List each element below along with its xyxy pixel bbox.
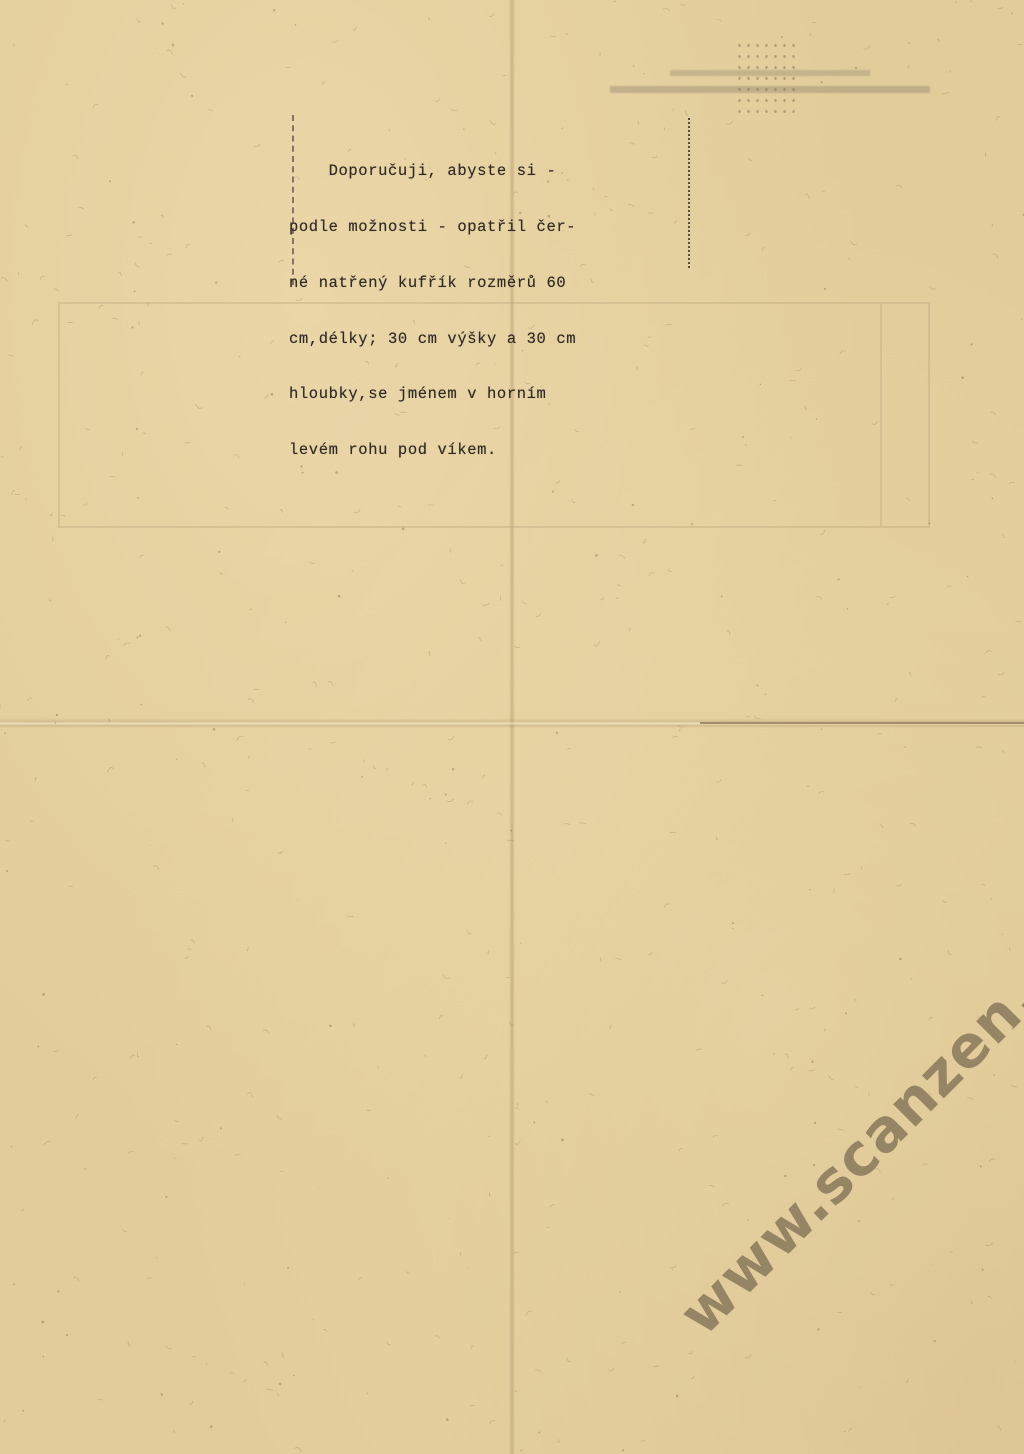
note-line: né natřený kufřík rozměrů 60 bbox=[289, 274, 719, 293]
typed-note: Doporučuji, abyste si - podle možnosti -… bbox=[289, 125, 719, 497]
document-page: Doporučuji, abyste si - podle možnosti -… bbox=[0, 0, 1024, 1454]
note-line: hloubky,se jménem v horním bbox=[289, 385, 719, 404]
note-line: podle možnosti - opatřil čer- bbox=[289, 218, 719, 237]
note-line: cm,délky; 30 cm výšky a 30 cm bbox=[289, 330, 719, 349]
fold-tear bbox=[700, 722, 1024, 724]
note-line: Doporučuji, abyste si - bbox=[289, 162, 719, 181]
note-line: levém rohu pod víkem. bbox=[289, 441, 719, 460]
bleed-through-header bbox=[590, 62, 950, 93]
watermark: www.scanzen.cz bbox=[666, 913, 1024, 1348]
